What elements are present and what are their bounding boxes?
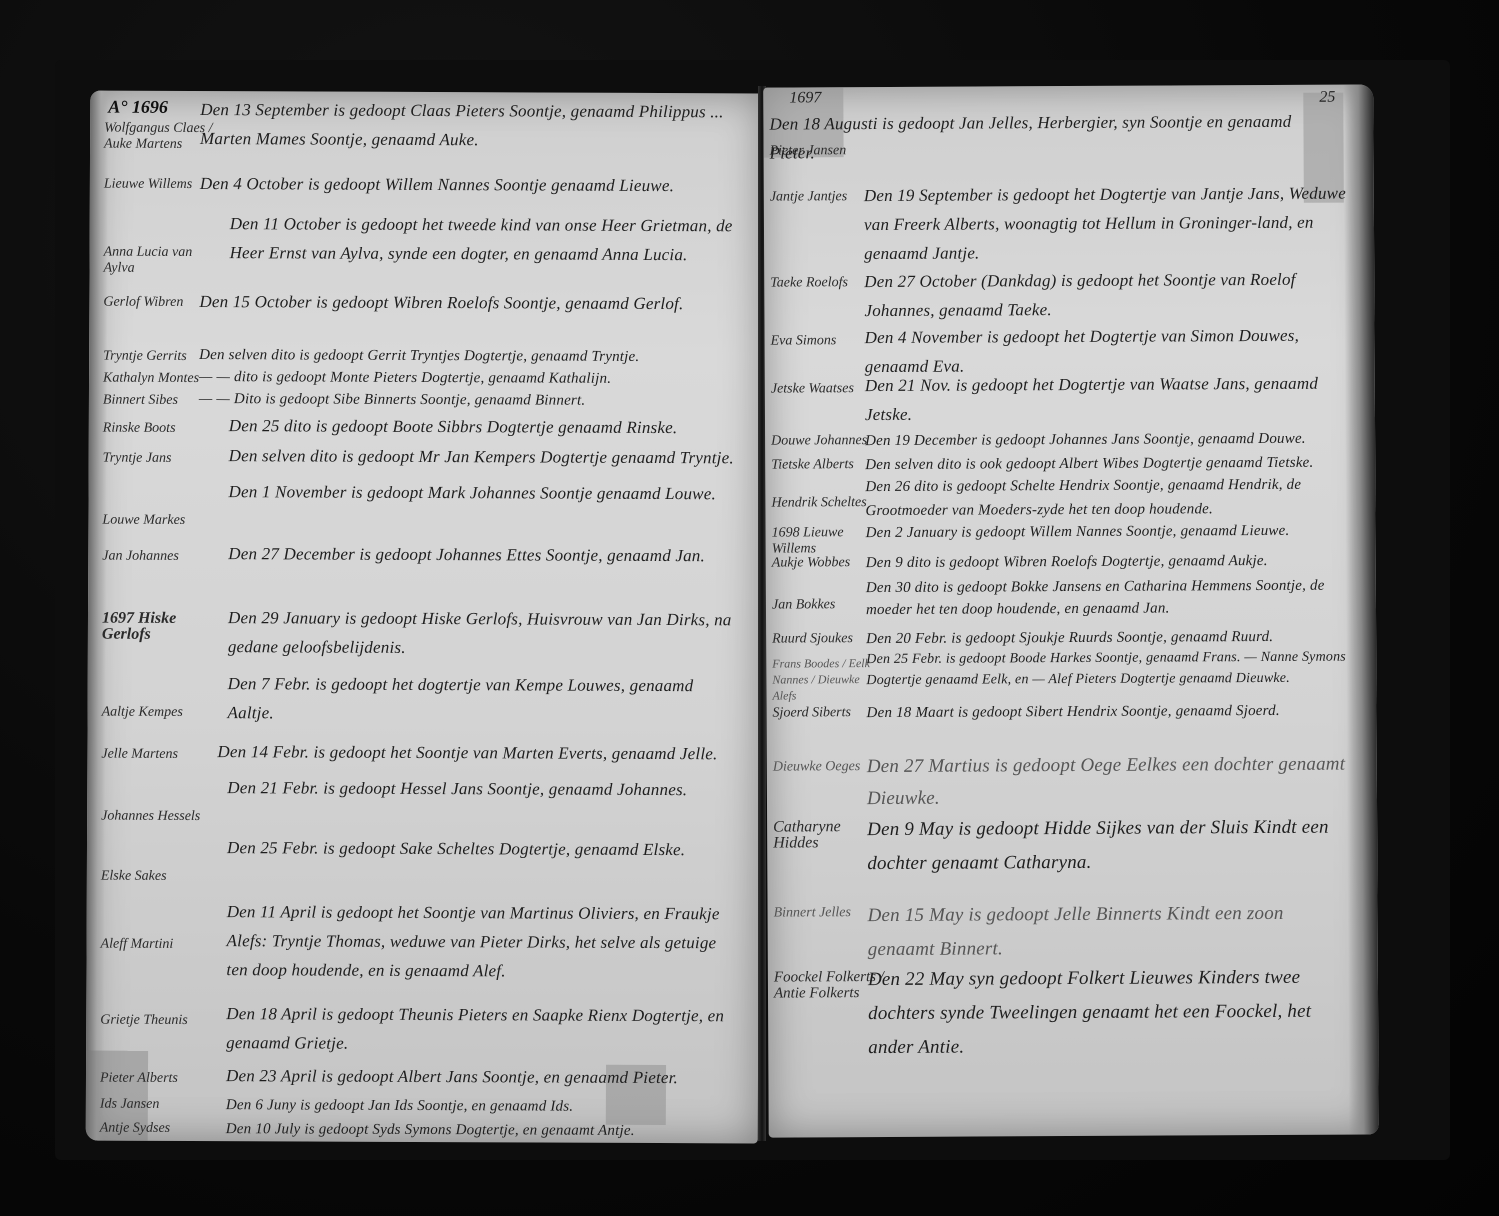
folio-number: 25 bbox=[1319, 89, 1335, 107]
register-entry: Binnert Jelles Den 15 May is gedoopt Jel… bbox=[768, 896, 1378, 899]
register-entry: Elske Sakes Den 25 Febr. is gedoopt Sake… bbox=[87, 833, 759, 836]
register-entry: Jelle Martens Den 14 Febr. is gedoopt he… bbox=[87, 737, 759, 740]
margin-name: Ids Jansen bbox=[100, 1097, 220, 1114]
register-entry: Lieuwe Willems Den 4 October is gedoopt … bbox=[90, 169, 762, 172]
entry-text: Den 14 Febr. is gedoopt het Soontje van … bbox=[217, 737, 739, 768]
entry-text: Den 23 April is gedoopt Albert Jans Soon… bbox=[226, 1061, 738, 1092]
entry-text: Den 21 Nov. is gedoopt het Dogtertje van… bbox=[865, 369, 1349, 430]
margin-name: 1697 Hiske Gerlofs bbox=[102, 611, 222, 644]
entry-text: Den 1 November is gedoopt Mark Johannes … bbox=[228, 477, 740, 508]
entry-text: Den 2 January is gedoopt Willem Nannes S… bbox=[866, 517, 1350, 549]
entry-text: Den 10 July is gedoopt Syds Symons Dogte… bbox=[226, 1115, 738, 1143]
entry-text: Den 27 December is gedoopt Johannes Ette… bbox=[228, 539, 740, 570]
margin-name: Johannes Hessels bbox=[101, 809, 221, 826]
register-entry: Dieuwke Oeges Den 27 Martius is gedoopt … bbox=[767, 748, 1377, 751]
right-page: 1697 25 Pieter Jansen Den 18 Augusti is … bbox=[763, 84, 1378, 1137]
entry-text: Den 25 dito is gedoopt Boote Sibbrs Dogt… bbox=[229, 411, 741, 442]
entry-text: Den 13 September is gedoopt Claas Pieter… bbox=[200, 95, 742, 155]
register-entry: Johannes Hessels Den 21 Febr. is gedoopt… bbox=[87, 773, 759, 776]
register-entry: Aleff Martini Den 11 April is gedoopt he… bbox=[87, 897, 759, 900]
register-entry: Jantje Jantjes Den 19 September is gedoo… bbox=[764, 178, 1374, 181]
entry-text: Den 18 Augusti is gedoopt Jan Jelles, He… bbox=[769, 107, 1333, 168]
entry-text: Den 9 dito is gedoopt Wibren Roelofs Dog… bbox=[866, 547, 1350, 579]
register-entry: Grietje Theunis Den 18 April is gedoopt … bbox=[86, 999, 758, 1002]
entry-text: Den 9 May is gedoopt Hidde Sijkes van de… bbox=[867, 811, 1351, 882]
entry-text: Den 26 dito is gedoopt Schelte Hendrix S… bbox=[865, 473, 1349, 524]
register-entry: Wolfgangus Claes / Auke Martens Den 13 S… bbox=[90, 95, 762, 158]
entry-text: Den 19 September is gedoopt het Dogtertj… bbox=[864, 179, 1348, 269]
entry-text: Den 7 Febr. is gedoopt het dogtertje van… bbox=[228, 669, 740, 729]
margin-name: Antje Sydses bbox=[100, 1121, 220, 1138]
register-entry: Aaltje Kempes Den 7 Febr. is gedoopt het… bbox=[88, 669, 760, 672]
margin-name: Aleff Martini bbox=[101, 937, 221, 954]
register-entry: Pieter Jansen Den 18 Augusti is gedoopt … bbox=[763, 106, 1373, 109]
margin-name: Anna Lucia van Aylva bbox=[103, 245, 223, 278]
entry-text: Den 11 October is gedoopt het tweede kin… bbox=[230, 209, 742, 269]
entry-text: Den 15 October is gedoopt Wibren Roelofs… bbox=[199, 287, 741, 318]
margin-name: Tryntje Jans bbox=[103, 451, 223, 468]
register-entry: Pieter Alberts Den 23 April is gedoopt A… bbox=[86, 1061, 758, 1064]
entry-text: Den 29 January is gedoopt Hiske Gerlofs,… bbox=[228, 603, 740, 663]
entry-text: Den 30 dito is gedoopt Bokke Jansens en … bbox=[866, 575, 1350, 622]
margin-name: Pieter Alberts bbox=[100, 1071, 220, 1088]
entry-text: Den selven dito is gedoopt Mr Jan Kemper… bbox=[229, 441, 741, 472]
register-entry: Ruurd Sjoukes Den 20 Febr. is gedoopt Sj… bbox=[766, 622, 1376, 625]
margin-name: Rinske Boots bbox=[103, 421, 223, 438]
register-entry: Gerlof Wibren Den 15 October is gedoopt … bbox=[89, 287, 761, 290]
margin-name: Jan Johannes bbox=[102, 549, 222, 566]
folio-year-mark: 1697 bbox=[789, 89, 821, 107]
entry-text: Den 18 April is gedoopt Theunis Pieters … bbox=[226, 999, 738, 1059]
margin-name: Aaltje Kempes bbox=[102, 705, 222, 722]
register-entry: 1697 Hiske Gerlofs Den 29 January is ged… bbox=[88, 603, 760, 606]
left-page: A° 1696 Wolfgangus Claes / Auke Martens … bbox=[86, 91, 763, 1144]
margin-name: Louwe Markes bbox=[102, 513, 222, 530]
entry-text: Den 4 October is gedoopt Willem Nannes S… bbox=[200, 169, 742, 200]
entry-text: Den 11 April is gedoopt het Soontje van … bbox=[226, 897, 738, 986]
entry-text: Den 22 May syn gedoopt Folkert Lieuwes K… bbox=[868, 961, 1353, 1066]
margin-name: Jelle Martens bbox=[101, 747, 221, 764]
register-entry: Tryntje Gerrits Den selven dito is gedoo… bbox=[89, 341, 761, 344]
entry-text: Den 27 October (Dankdag) is gedoopt het … bbox=[864, 265, 1348, 326]
margin-name: Grietje Theunis bbox=[100, 1013, 220, 1030]
entry-text: Den 15 May is gedoopt Jelle Binnerts Kin… bbox=[868, 897, 1352, 968]
entry-text: Den 18 Maart is gedoopt Sibert Hendrix S… bbox=[866, 697, 1350, 729]
register-entry: Louwe Markes Den 1 November is gedoopt M… bbox=[89, 477, 761, 480]
entry-text: Den 25 Febr. is gedoopt Sake Scheltes Do… bbox=[227, 833, 739, 864]
register-entry: Jan Johannes Den 27 December is gedoopt … bbox=[88, 539, 760, 542]
entry-text: Den 27 Martius is gedoopt Oege Eelkes ee… bbox=[867, 749, 1351, 816]
entry-text: Den 25 Febr. is gedoopt Boode Harkes Soo… bbox=[866, 647, 1350, 692]
entry-text: Den 21 Febr. is gedoopt Hessel Jans Soon… bbox=[227, 773, 739, 804]
margin-name: Elske Sakes bbox=[101, 869, 221, 886]
register-entry: Anna Lucia van Aylva Den 11 October is g… bbox=[90, 209, 762, 212]
